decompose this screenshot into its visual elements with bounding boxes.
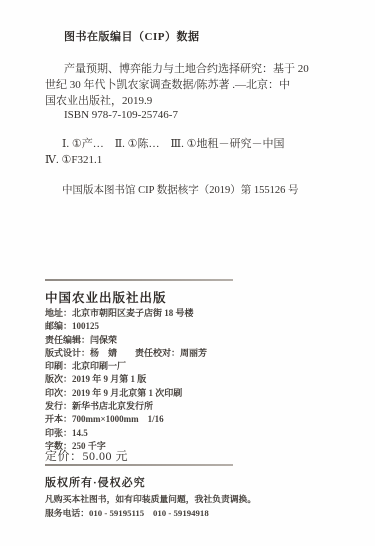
service-phone: 服务电话：010 - 59195115 010 - 59194918 — [45, 506, 209, 519]
price-line: 定价：50.00 元 — [45, 447, 128, 464]
publisher-info-line-distribution: 发行：新华书店北京发行所 — [45, 400, 207, 413]
divider-bottom — [45, 464, 233, 466]
isbn-line: ISBN 978-7-109-25746-7 — [64, 109, 178, 121]
book-copyright-page: 图书在版编目（CIP）数据 产量预期、博弈能力与土地合约选择研究：基于 20 世… — [0, 0, 375, 546]
publisher-info-line-sheets: 印张：14.5 — [45, 427, 207, 440]
publisher-info-line-impression: 印次：2019 年 9 月北京第 1 次印刷 — [45, 387, 207, 400]
cip-classification-line: Ⅳ. ①F321.1 — [45, 152, 285, 168]
publisher-info-line-postcode: 邮编：100125 — [45, 320, 207, 333]
cip-classification-line: Ⅰ. ①产… Ⅱ. ①陈… Ⅲ. ①地租－研究－中国 — [45, 136, 285, 152]
publisher-info: 地址：北京市朝阳区麦子店街 18 号楼 邮编：100125 责任编辑：闫保荣 版… — [45, 307, 207, 453]
cip-description-line: 产量预期、博弈能力与土地合约选择研究：基于 20 — [45, 61, 309, 77]
publisher-info-line-address: 地址：北京市朝阳区麦子店街 18 号楼 — [45, 307, 207, 320]
publisher-info-line-edition: 版次：2019 年 9 月第 1 版 — [45, 373, 207, 386]
publisher-title: 中国农业出版社出版 — [45, 288, 167, 306]
publisher-info-line-editor: 责任编辑：闫保荣 — [45, 334, 207, 347]
publisher-info-line-printer: 印刷：北京印刷一厂 — [45, 360, 207, 373]
cip-heading: 图书在版编目（CIP）数据 — [64, 28, 199, 44]
quality-disclaimer: 凡购买本社图书，如有印装质量问题，我社负责调换。 — [45, 492, 256, 505]
divider-top — [45, 279, 233, 281]
cip-record-line: 中国版本图书馆 CIP 数据核字（2019）第 155126 号 — [62, 182, 298, 197]
cip-description-line: 世纪 30 年代卜凯农家调查数据/陈苏著 .—北京：中 — [45, 77, 309, 93]
publisher-info-line-design-proof: 版式设计：杨 婧 责任校对：周丽芳 — [45, 347, 207, 360]
copyright-notice: 版权所有·侵权必究 — [45, 474, 146, 490]
cip-classification: Ⅰ. ①产… Ⅱ. ①陈… Ⅲ. ①地租－研究－中国 Ⅳ. ①F321.1 — [45, 136, 285, 168]
cip-description: 产量预期、博弈能力与土地合约选择研究：基于 20 世纪 30 年代卜凯农家调查数… — [45, 61, 309, 109]
cip-description-line: 国农业出版社，2019.9 — [45, 93, 309, 109]
publisher-info-line-format: 开本：700mm×1000mm 1/16 — [45, 413, 207, 426]
